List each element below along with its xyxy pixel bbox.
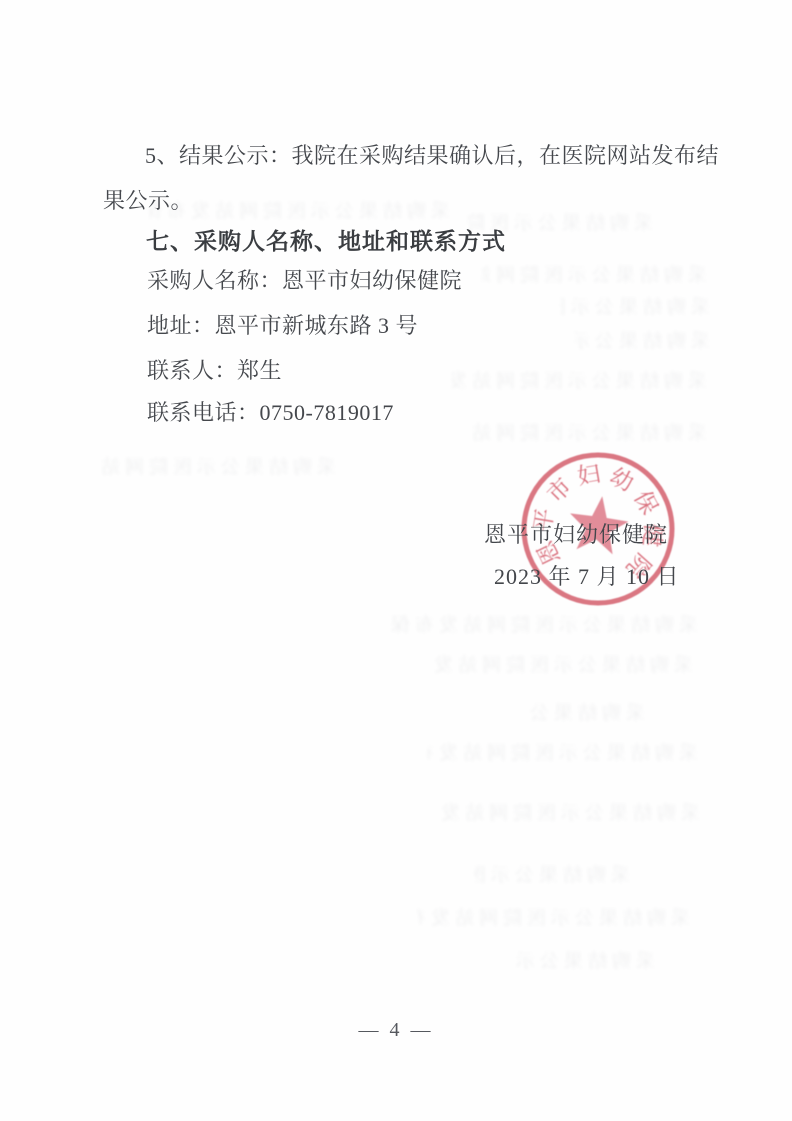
bleed-through-line: 采购结果公示医院网站发布保健院联系方式新城东路采购人名称	[530, 698, 645, 722]
contact-person-line: 联系人：郑生	[147, 356, 282, 386]
bleed-through-line: 采购结果公示医院网站发布保健院联系方式新城东路采购人名称	[560, 292, 710, 316]
seal-character: 幼	[606, 464, 638, 497]
contact-phone-line: 联系电话：0750-7819017	[147, 398, 394, 428]
bleed-through-line: 采购结果公示医院网站发布保健院联系方式新城东路采购人名称	[515, 946, 655, 970]
address-line: 地址：恩平市新城东路 3 号	[147, 311, 418, 341]
signature-date: 2023 年 7 月 10 日	[494, 560, 680, 591]
bleed-through-line: 采购结果公示医院网站发布保健院联系方式新城东路采购人名称	[428, 650, 693, 674]
bleed-through-line: 采购结果公示医院网站发布保健院联系方式新城东路采购人名称	[452, 366, 707, 390]
paragraph-result-publicity-line2: 果公示。	[103, 186, 193, 216]
paragraph-result-publicity-line1: 5、结果公示：我院在采购结果确认后，在医院网站发布结	[145, 141, 719, 171]
bleed-through-line: 采购结果公示医院网站发布保健院联系方式新城东路采购人名称	[418, 903, 690, 927]
bleed-through-line: 采购结果公示医院网站发布保健院联系方式新城东路采购人名称	[96, 452, 336, 476]
document-page: 采购结果公示医院网站发布保健院联系方式新城东路采购人名称采购结果公示医院网站发布…	[0, 0, 792, 1121]
seal-character: 市	[542, 474, 576, 508]
bleed-through-line: 采购结果公示医院网站发布保健院联系方式新城东路采购人名称	[475, 860, 630, 884]
signature-organization: 恩平市妇幼保健院	[484, 518, 668, 549]
bleed-through-line: 采购结果公示医院网站发布保健院联系方式新城东路采购人名称	[575, 326, 710, 350]
purchaser-name-line: 采购人名称：恩平市妇幼保健院	[147, 266, 462, 296]
bleed-through-line: 采购结果公示医院网站发布保健院联系方式新城东路采购人名称	[428, 738, 698, 762]
bleed-through-line: 采购结果公示医院网站发布保健院联系方式新城东路采购人名称	[438, 798, 700, 822]
section-heading: 七、采购人名称、地址和联系方式	[146, 226, 506, 256]
page-number: — 4 —	[0, 1019, 792, 1042]
seal-character: 妇	[575, 461, 602, 490]
bleed-through-line: 采购结果公示医院网站发布保健院联系方式新城东路采购人名称	[150, 196, 450, 220]
bleed-through-line: 采购结果公示医院网站发布保健院联系方式新城东路采购人名称	[482, 260, 707, 284]
bleed-through-line: 采购结果公示医院网站发布保健院联系方式新城东路采购人名称	[472, 418, 707, 442]
seal-character: 保	[629, 487, 662, 519]
